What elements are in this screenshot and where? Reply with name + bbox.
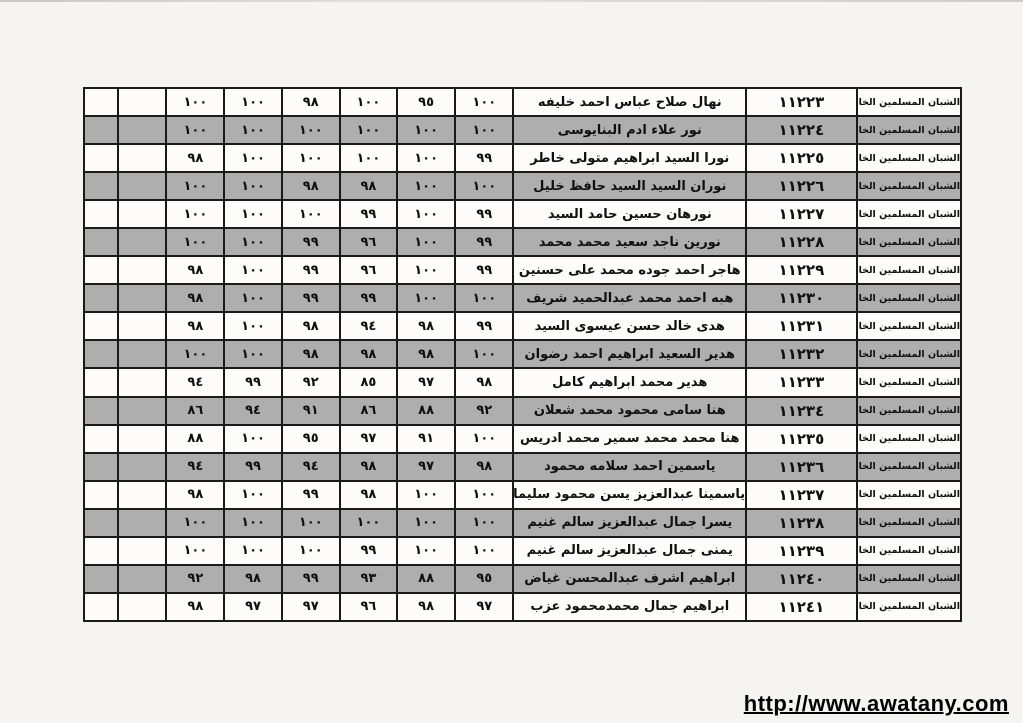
empty-cell [84, 284, 118, 312]
table-row: ٩٨١٠٠٩٨٩٤٩٨٩٩هدى خالد حسن عيسوى السيد١١٢… [84, 312, 961, 340]
score-cell: ١٠٠ [224, 509, 281, 537]
empty-cell [118, 200, 166, 228]
school-name-cell: الشبان المسلمين الخاصة [857, 593, 961, 621]
table-row: ١٠٠١٠٠١٠٠٩٩١٠٠١٠٠يمنى جمال عبدالعزيز سال… [84, 537, 961, 565]
score-cell: ١٠٠ [166, 88, 224, 116]
score-cell: ١٠٠ [166, 537, 224, 565]
empty-cell [84, 453, 118, 481]
score-cell: ٨٥ [340, 368, 397, 396]
table-row: ١٠٠١٠٠٩٨١٠٠٩٥١٠٠نهال صلاح عباس احمد خليف… [84, 88, 961, 116]
score-cell: ١٠٠ [455, 116, 513, 144]
school-name-cell: الشبان المسلمين الخاصة [857, 228, 961, 256]
table-row: ١٠٠١٠٠١٠٠١٠٠١٠٠١٠٠نور علاء ادم البنايوسى… [84, 116, 961, 144]
school-name-cell: الشبان المسلمين الخاصة [857, 340, 961, 368]
seat-number-cell: ١١٢٣١ [746, 312, 856, 340]
school-name-cell: الشبان المسلمين الخاصة [857, 425, 961, 453]
empty-cell [118, 172, 166, 200]
score-cell: ٨٨ [397, 397, 455, 425]
score-cell: ٩٩ [282, 256, 340, 284]
seat-number-cell: ١١٢٢٦ [746, 172, 856, 200]
scan-artifact-top-edge [0, 0, 1023, 2]
seat-number-cell: ١١٢٤٠ [746, 565, 856, 593]
seat-number-cell: ١١٢٣٤ [746, 397, 856, 425]
table-row: ٩٤٩٩٩٤٩٨٩٧٩٨ياسمين احمد سلامه محمود١١٢٣٦… [84, 453, 961, 481]
empty-cell [118, 453, 166, 481]
exam-results-table: ١٠٠١٠٠٩٨١٠٠٩٥١٠٠نهال صلاح عباس احمد خليف… [83, 87, 962, 622]
score-cell: ٨٨ [166, 425, 224, 453]
table-row: ١٠٠١٠٠١٠٠٩٩١٠٠٩٩نورهان حسين حامد السيد١١… [84, 200, 961, 228]
score-cell: ١٠٠ [224, 256, 281, 284]
score-cell: ١٠٠ [455, 172, 513, 200]
score-cell: ١٠٠ [166, 228, 224, 256]
table-row: ٩٨٩٧٩٧٩٦٩٨٩٧ابراهيم جمال محمدمحمود عزب١١… [84, 593, 961, 621]
score-cell: ١٠٠ [166, 200, 224, 228]
scanned-results-page: ١٠٠١٠٠٩٨١٠٠٩٥١٠٠نهال صلاح عباس احمد خليف… [0, 0, 1023, 723]
table-row: ٨٦٩٤٩١٨٦٨٨٩٢هنا سامى محمود محمد شعلان١١٢… [84, 397, 961, 425]
score-cell: ٩٥ [455, 565, 513, 593]
score-cell: ١٠٠ [282, 537, 340, 565]
score-cell: ١٠٠ [340, 116, 397, 144]
score-cell: ٩٩ [340, 200, 397, 228]
school-name-cell: الشبان المسلمين الخاصة [857, 144, 961, 172]
score-cell: ١٠٠ [282, 509, 340, 537]
school-name-cell: الشبان المسلمين الخاصة [857, 481, 961, 509]
score-cell: ١٠٠ [397, 172, 455, 200]
score-cell: ٩٤ [224, 397, 281, 425]
score-cell: ٩٨ [455, 453, 513, 481]
empty-cell [118, 509, 166, 537]
score-cell: ٩٨ [282, 172, 340, 200]
student-name-cell: هاجر احمد جوده محمد على حسنين [513, 256, 746, 284]
seat-number-cell: ١١٢٢٣ [746, 88, 856, 116]
score-cell: ٩٤ [166, 368, 224, 396]
score-cell: ١٠٠ [224, 116, 281, 144]
student-name-cell: يسرا جمال عبدالعزيز سالم غنيم [513, 509, 746, 537]
score-cell: ٩٨ [397, 340, 455, 368]
score-cell: ٩٢ [166, 565, 224, 593]
score-cell: ٨٨ [397, 565, 455, 593]
seat-number-cell: ١١٢٣٦ [746, 453, 856, 481]
score-cell: ١٠٠ [397, 481, 455, 509]
score-cell: ٩٣ [340, 565, 397, 593]
seat-number-cell: ١١٢٢٨ [746, 228, 856, 256]
score-cell: ٩٩ [282, 228, 340, 256]
empty-cell [118, 565, 166, 593]
score-cell: ٩١ [397, 425, 455, 453]
empty-cell [84, 340, 118, 368]
table-row: ٩٨١٠٠٩٩٩٩١٠٠١٠٠هبه احمد محمد عبدالحميد ش… [84, 284, 961, 312]
score-cell: ١٠٠ [166, 340, 224, 368]
score-cell: ٩٨ [397, 312, 455, 340]
score-cell: ٩٨ [166, 481, 224, 509]
score-cell: ١٠٠ [397, 284, 455, 312]
score-cell: ١٠٠ [397, 144, 455, 172]
score-cell: ٩٨ [282, 340, 340, 368]
student-name-cell: هبه احمد محمد عبدالحميد شريف [513, 284, 746, 312]
student-name-cell: نهال صلاح عباس احمد خليفه [513, 88, 746, 116]
score-cell: ٩٦ [340, 256, 397, 284]
score-cell: ١٠٠ [166, 172, 224, 200]
score-cell: ١٠٠ [224, 228, 281, 256]
school-name-cell: الشبان المسلمين الخاصة [857, 397, 961, 425]
empty-cell [84, 88, 118, 116]
score-cell: ٩٩ [455, 312, 513, 340]
school-name-cell: الشبان المسلمين الخاصة [857, 284, 961, 312]
school-name-cell: الشبان المسلمين الخاصة [857, 88, 961, 116]
score-cell: ١٠٠ [455, 481, 513, 509]
score-cell: ١٠٠ [166, 116, 224, 144]
empty-cell [118, 312, 166, 340]
empty-cell [118, 228, 166, 256]
empty-cell [118, 144, 166, 172]
score-cell: ١٠٠ [397, 256, 455, 284]
empty-cell [84, 312, 118, 340]
empty-cell [118, 537, 166, 565]
score-cell: ٩٧ [397, 368, 455, 396]
empty-cell [84, 425, 118, 453]
score-cell: ١٠٠ [224, 537, 281, 565]
score-cell: ١٠٠ [340, 144, 397, 172]
score-cell: ٩٩ [224, 453, 281, 481]
score-cell: ١٠٠ [282, 200, 340, 228]
empty-cell [118, 368, 166, 396]
table-row: ٩٢٩٨٩٩٩٣٨٨٩٥ابراهيم اشرف عبدالمحسن غياض١… [84, 565, 961, 593]
score-cell: ١٠٠ [455, 509, 513, 537]
score-cell: ٩٨ [340, 481, 397, 509]
score-cell: ١٠٠ [224, 481, 281, 509]
student-name-cell: نورين ناجد سعيد محمد محمد [513, 228, 746, 256]
score-cell: ٩٧ [224, 593, 281, 621]
empty-cell [84, 200, 118, 228]
score-cell: ٩٦ [340, 593, 397, 621]
empty-cell [84, 509, 118, 537]
empty-cell [84, 172, 118, 200]
results-table-body: ١٠٠١٠٠٩٨١٠٠٩٥١٠٠نهال صلاح عباس احمد خليف… [84, 88, 961, 621]
empty-cell [118, 397, 166, 425]
score-cell: ١٠٠ [282, 116, 340, 144]
student-name-cell: هنا سامى محمود محمد شعلان [513, 397, 746, 425]
score-cell: ١٠٠ [455, 284, 513, 312]
score-cell: ٩٨ [166, 593, 224, 621]
school-name-cell: الشبان المسلمين الخاصة [857, 200, 961, 228]
school-name-cell: الشبان المسلمين الخاصة [857, 368, 961, 396]
score-cell: ٩٤ [340, 312, 397, 340]
score-cell: ٩٨ [340, 340, 397, 368]
empty-cell [84, 537, 118, 565]
empty-cell [118, 593, 166, 621]
score-cell: ٩٩ [340, 537, 397, 565]
score-cell: ٩٨ [166, 312, 224, 340]
score-cell: ١٠٠ [224, 284, 281, 312]
seat-number-cell: ١١٢٤١ [746, 593, 856, 621]
empty-cell [118, 116, 166, 144]
student-name-cell: هدى خالد حسن عيسوى السيد [513, 312, 746, 340]
score-cell: ٩٨ [166, 256, 224, 284]
seat-number-cell: ١١٢٣٥ [746, 425, 856, 453]
score-cell: ٩٩ [224, 368, 281, 396]
empty-cell [84, 256, 118, 284]
score-cell: ١٠٠ [224, 425, 281, 453]
seat-number-cell: ١١٢٢٩ [746, 256, 856, 284]
score-cell: ٩٨ [455, 368, 513, 396]
student-name-cell: نور علاء ادم البنايوسى [513, 116, 746, 144]
seat-number-cell: ١١٢٣٢ [746, 340, 856, 368]
score-cell: ٩٧ [282, 593, 340, 621]
score-cell: ١٠٠ [224, 144, 281, 172]
table-row: ١٠٠١٠٠٩٨٩٨٩٨١٠٠هدير السعيد ابراهيم احمد … [84, 340, 961, 368]
empty-cell [118, 425, 166, 453]
empty-cell [84, 144, 118, 172]
student-name-cell: نورهان حسين حامد السيد [513, 200, 746, 228]
score-cell: ٩٩ [282, 565, 340, 593]
seat-number-cell: ١١٢٢٤ [746, 116, 856, 144]
score-cell: ٩٨ [282, 88, 340, 116]
student-name-cell: هنا محمد محمد سمير محمد ادريس [513, 425, 746, 453]
score-cell: ١٠٠ [397, 509, 455, 537]
score-cell: ٩٧ [455, 593, 513, 621]
score-cell: ١٠٠ [224, 88, 281, 116]
score-cell: ١٠٠ [166, 509, 224, 537]
table-row: ١٠٠١٠٠١٠٠١٠٠١٠٠١٠٠يسرا جمال عبدالعزيز سا… [84, 509, 961, 537]
seat-number-cell: ١١٢٣٣ [746, 368, 856, 396]
score-cell: ١٠٠ [224, 312, 281, 340]
score-cell: ١٠٠ [224, 172, 281, 200]
score-cell: ١٠٠ [455, 537, 513, 565]
student-name-cell: يمنى جمال عبدالعزيز سالم غنيم [513, 537, 746, 565]
score-cell: ١٠٠ [397, 228, 455, 256]
seat-number-cell: ١١٢٣٨ [746, 509, 856, 537]
score-cell: ٩٩ [455, 256, 513, 284]
score-cell: ٩٨ [340, 172, 397, 200]
score-cell: ٩٧ [340, 425, 397, 453]
score-cell: ٩٩ [340, 284, 397, 312]
school-name-cell: الشبان المسلمين الخاصة [857, 453, 961, 481]
school-name-cell: الشبان المسلمين الخاصة [857, 565, 961, 593]
score-cell: ٩٥ [282, 425, 340, 453]
score-cell: ٨٦ [166, 397, 224, 425]
empty-cell [118, 284, 166, 312]
score-cell: ٩٩ [455, 144, 513, 172]
score-cell: ٩٨ [224, 565, 281, 593]
score-cell: ١٠٠ [397, 200, 455, 228]
score-cell: ٩٧ [397, 453, 455, 481]
table-row: ١٠٠١٠٠٩٨٩٨١٠٠١٠٠نوران السيد السيد حافظ خ… [84, 172, 961, 200]
student-name-cell: ياسمينا عبدالعزيز يسن محمود سليمان [513, 481, 746, 509]
table-row: ٩٨١٠٠٩٩٩٨١٠٠١٠٠ياسمينا عبدالعزيز يسن محم… [84, 481, 961, 509]
seat-number-cell: ١١٢٢٥ [746, 144, 856, 172]
watermark-site-url: http://www.awatany.com [744, 691, 1009, 717]
student-name-cell: نورا السيد ابراهيم متولى خاطر [513, 144, 746, 172]
score-cell: ٩٤ [166, 453, 224, 481]
score-cell: ٩٤ [282, 453, 340, 481]
school-name-cell: الشبان المسلمين الخاصة [857, 256, 961, 284]
student-name-cell: هدير السعيد ابراهيم احمد رضوان [513, 340, 746, 368]
school-name-cell: الشبان المسلمين الخاصة [857, 537, 961, 565]
student-name-cell: ابراهيم جمال محمدمحمود عزب [513, 593, 746, 621]
score-cell: ٩٨ [166, 144, 224, 172]
empty-cell [118, 88, 166, 116]
score-cell: ١٠٠ [397, 116, 455, 144]
empty-cell [84, 481, 118, 509]
score-cell: ٩٨ [166, 284, 224, 312]
empty-cell [84, 397, 118, 425]
student-name-cell: ياسمين احمد سلامه محمود [513, 453, 746, 481]
score-cell: ١٠٠ [224, 200, 281, 228]
empty-cell [118, 340, 166, 368]
score-cell: ٩٢ [282, 368, 340, 396]
score-cell: ٩٨ [282, 312, 340, 340]
student-name-cell: نوران السيد السيد حافظ خليل [513, 172, 746, 200]
seat-number-cell: ١١٢٢٧ [746, 200, 856, 228]
score-cell: ١٠٠ [282, 144, 340, 172]
score-cell: ٩٩ [282, 284, 340, 312]
score-cell: ٩٩ [455, 200, 513, 228]
score-cell: ٨٦ [340, 397, 397, 425]
score-cell: ١٠٠ [340, 509, 397, 537]
score-cell: ٩٦ [340, 228, 397, 256]
table-row: ٩٨١٠٠٩٩٩٦١٠٠٩٩هاجر احمد جوده محمد على حس… [84, 256, 961, 284]
score-cell: ٩٥ [397, 88, 455, 116]
score-cell: ١٠٠ [224, 340, 281, 368]
school-name-cell: الشبان المسلمين الخاصة [857, 172, 961, 200]
score-cell: ٩٢ [455, 397, 513, 425]
seat-number-cell: ١١٢٣٧ [746, 481, 856, 509]
empty-cell [84, 368, 118, 396]
score-cell: ١٠٠ [455, 425, 513, 453]
school-name-cell: الشبان المسلمين الخاصة [857, 509, 961, 537]
score-cell: ٩١ [282, 397, 340, 425]
table-row: ٩٨١٠٠١٠٠١٠٠١٠٠٩٩نورا السيد ابراهيم متولى… [84, 144, 961, 172]
empty-cell [84, 116, 118, 144]
student-name-cell: هدير محمد ابراهيم كامل [513, 368, 746, 396]
empty-cell [84, 228, 118, 256]
score-cell: ١٠٠ [455, 340, 513, 368]
school-name-cell: الشبان المسلمين الخاصة [857, 116, 961, 144]
score-cell: ٩٨ [397, 593, 455, 621]
empty-cell [84, 565, 118, 593]
score-cell: ٩٨ [340, 453, 397, 481]
seat-number-cell: ١١٢٣٩ [746, 537, 856, 565]
student-name-cell: ابراهيم اشرف عبدالمحسن غياض [513, 565, 746, 593]
score-cell: ١٠٠ [397, 537, 455, 565]
empty-cell [118, 256, 166, 284]
empty-cell [118, 481, 166, 509]
seat-number-cell: ١١٢٣٠ [746, 284, 856, 312]
score-cell: ٩٩ [455, 228, 513, 256]
table-row: ٩٤٩٩٩٢٨٥٩٧٩٨هدير محمد ابراهيم كامل١١٢٣٣ا… [84, 368, 961, 396]
score-cell: ١٠٠ [455, 88, 513, 116]
table-row: ٨٨١٠٠٩٥٩٧٩١١٠٠هنا محمد محمد سمير محمد اد… [84, 425, 961, 453]
score-cell: ١٠٠ [340, 88, 397, 116]
empty-cell [84, 593, 118, 621]
score-cell: ٩٩ [282, 481, 340, 509]
table-row: ١٠٠١٠٠٩٩٩٦١٠٠٩٩نورين ناجد سعيد محمد محمد… [84, 228, 961, 256]
school-name-cell: الشبان المسلمين الخاصة [857, 312, 961, 340]
